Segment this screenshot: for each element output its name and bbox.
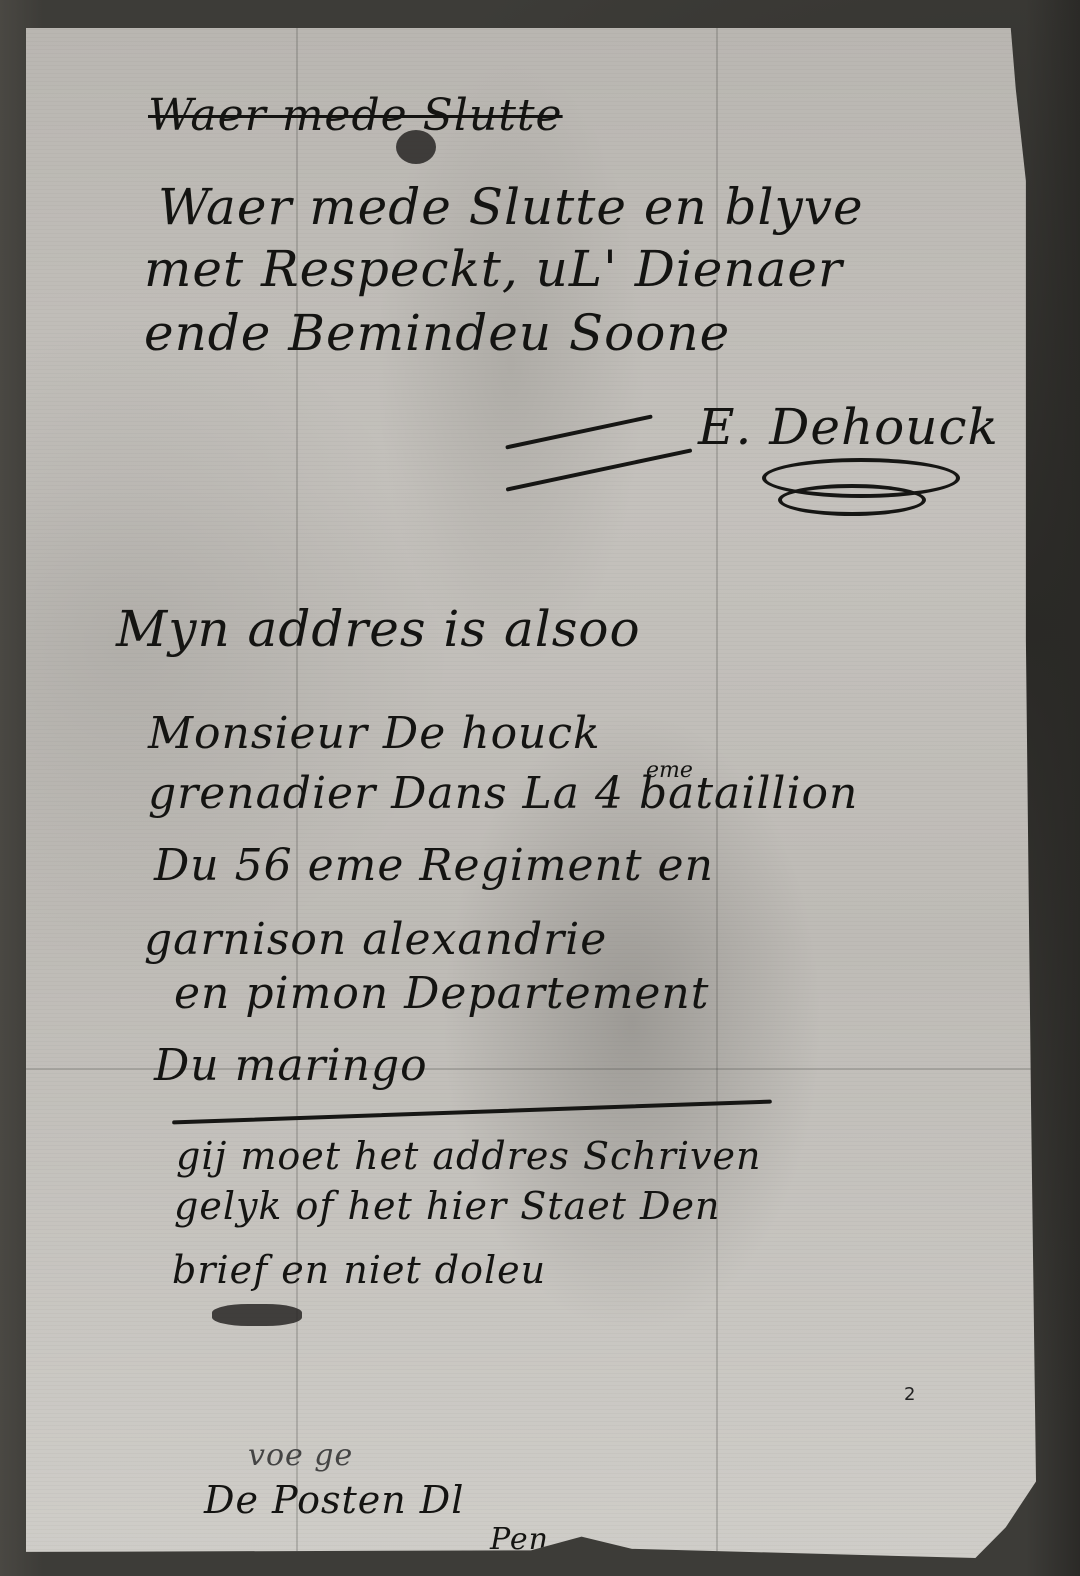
signature-dash bbox=[506, 448, 693, 491]
address-line-6: Du maringo bbox=[154, 1040, 428, 1091]
postscript-line-1: gij moet het addres Schriven bbox=[176, 1134, 761, 1178]
closing-line-2: met Respeckt, uL' Dienaer bbox=[144, 240, 843, 298]
separator-rule bbox=[172, 1100, 772, 1125]
closing-line-1: Waer mede Slutte en blyve bbox=[158, 178, 864, 236]
signature: E. Dehouck bbox=[698, 398, 999, 456]
footer-fragment-line: De Posten Dl bbox=[204, 1478, 464, 1522]
postscript-line-2: gelyk of het hier Staet Den bbox=[174, 1184, 720, 1228]
address-line-1: Monsieur De houck bbox=[148, 708, 601, 759]
footer-fragment-top: voe ge bbox=[248, 1438, 353, 1473]
signature-flourish bbox=[778, 484, 926, 516]
struck-closing-line: Waer mede Slutte bbox=[148, 90, 563, 141]
closing-line-3: ende Bemindeu Soone bbox=[144, 304, 730, 362]
address-line-2: grenadier Dans La 4 bataillion bbox=[148, 768, 858, 819]
signature-dash bbox=[505, 414, 653, 449]
ink-blot bbox=[212, 1304, 302, 1326]
postscript-line-3: brief en niet doleu bbox=[172, 1248, 546, 1292]
superscript-eme: eme bbox=[646, 758, 693, 783]
address-line-5: en pimon Departement bbox=[174, 968, 709, 1019]
address-line-4: garnison alexandrie bbox=[144, 914, 607, 965]
page-number: 2 bbox=[904, 1384, 915, 1405]
address-line-3: Du 56 eme Regiment en bbox=[154, 840, 714, 891]
address-intro: Myn addres is alsoo bbox=[116, 600, 641, 658]
letter-page: Waer mede Slutte Waer mede Slutte en bly… bbox=[26, 28, 1036, 1558]
